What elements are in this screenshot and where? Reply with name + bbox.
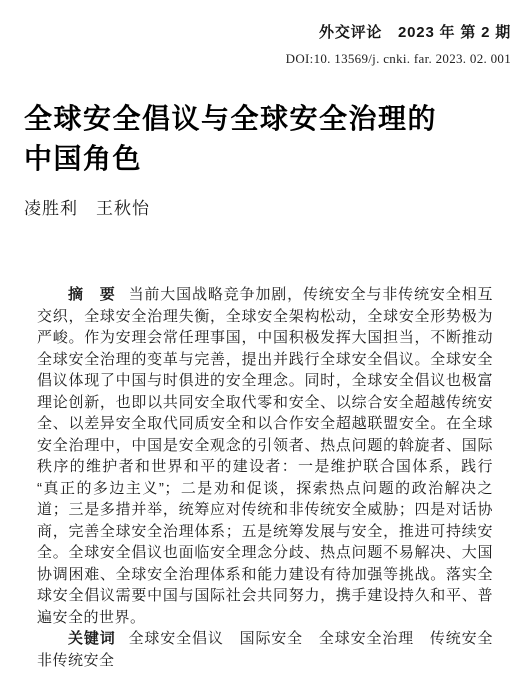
keywords-line-2: 非传统安全 — [37, 650, 493, 672]
abstract-line: 全球安全治理的变革与完善，提出并践行全球安全倡议。全球安全 — [37, 349, 493, 371]
abstract-line: 秩序的维护者和世界和平的建设者：一是维护联合国体系，践行 — [37, 456, 493, 478]
keywords-label: 关键词 — [68, 630, 116, 647]
article-title-line2: 中国角色 — [24, 143, 142, 174]
abstract-line: 全。全球安全倡议也面临安全理念分歧、热点问题不易解决、大国 — [37, 542, 493, 564]
abstract-line: 严峻。作为安理会常任理事国，中国积极发挥大国担当，不断推动 — [37, 327, 493, 349]
doi: DOI:10. 13569/j. cnki. far. 2023. 02. 00… — [286, 51, 511, 67]
abstract-line: 商，完善全球安全治理体系；五是统筹发展与安全，推进可持续安 — [37, 521, 493, 543]
abstract-line: 倡议体现了中国与时俱进的安全理念。同时，全球安全倡议也极富 — [37, 370, 493, 392]
abstract-text: 当前大国战略竞争加剧，传统安全与非传统安全相互 — [129, 286, 493, 303]
abstract-line: 交织，全球安全治理失衡，全球安全架构松动，全球安全形势极为 — [37, 306, 493, 328]
abstract-line: 全、以差异安全取代同质安全和以合作安全超越联盟安全。在全球 — [37, 413, 493, 435]
journal-article-page: 外交评论 2023 年 第 2 期 DOI:10. 13569/j. cnki.… — [0, 0, 524, 679]
abstract-line: 理论创新，也即以共同安全取代零和安全、以综合安全超越传统安 — [37, 392, 493, 414]
article-title-line1: 全球安全倡议与全球安全治理的 — [24, 103, 437, 134]
keywords-list: 全球安全倡议 国际安全 全球安全治理 传统安全 — [129, 630, 493, 647]
journal-header: 外交评论 2023 年 第 2 期 DOI:10. 13569/j. cnki.… — [286, 21, 511, 67]
authors: 凌胜利 王秋怡 — [24, 194, 150, 219]
article-title: 全球安全倡议与全球安全治理的 中国角色 — [24, 99, 437, 179]
abstract-label: 摘 要 — [68, 286, 116, 303]
keywords-line: 关键词全球安全倡议 国际安全 全球安全治理 传统安全 — [37, 628, 493, 650]
abstract-section: 摘 要当前大国战略竞争加剧，传统安全与非传统安全相互 交织，全球安全治理失衡，全… — [37, 284, 493, 671]
abstract-first-line: 摘 要当前大国战略竞争加剧，传统安全与非传统安全相互 — [37, 284, 493, 306]
abstract-line: 球安全倡议需要中国与国际社会共同努力，携手建设持久和平、普 — [37, 585, 493, 607]
abstract-line: “真正的多边主义”；二是劝和促谈，探索热点问题的政治解决之 — [37, 478, 493, 500]
abstract-line: 协调困难、全球安全治理体系和能力建设有待加强等挑战。落实全 — [37, 564, 493, 586]
journal-name-issue: 外交评论 2023 年 第 2 期 — [286, 21, 511, 42]
abstract-line: 道；三是多措并举，统筹应对传统和非传统安全威胁；四是对话协 — [37, 499, 493, 521]
abstract-last-line: 遍安全的世界。 — [37, 607, 493, 629]
abstract-line: 安全治理中，中国是安全观念的引领者、热点问题的斡旋者、国际 — [37, 435, 493, 457]
